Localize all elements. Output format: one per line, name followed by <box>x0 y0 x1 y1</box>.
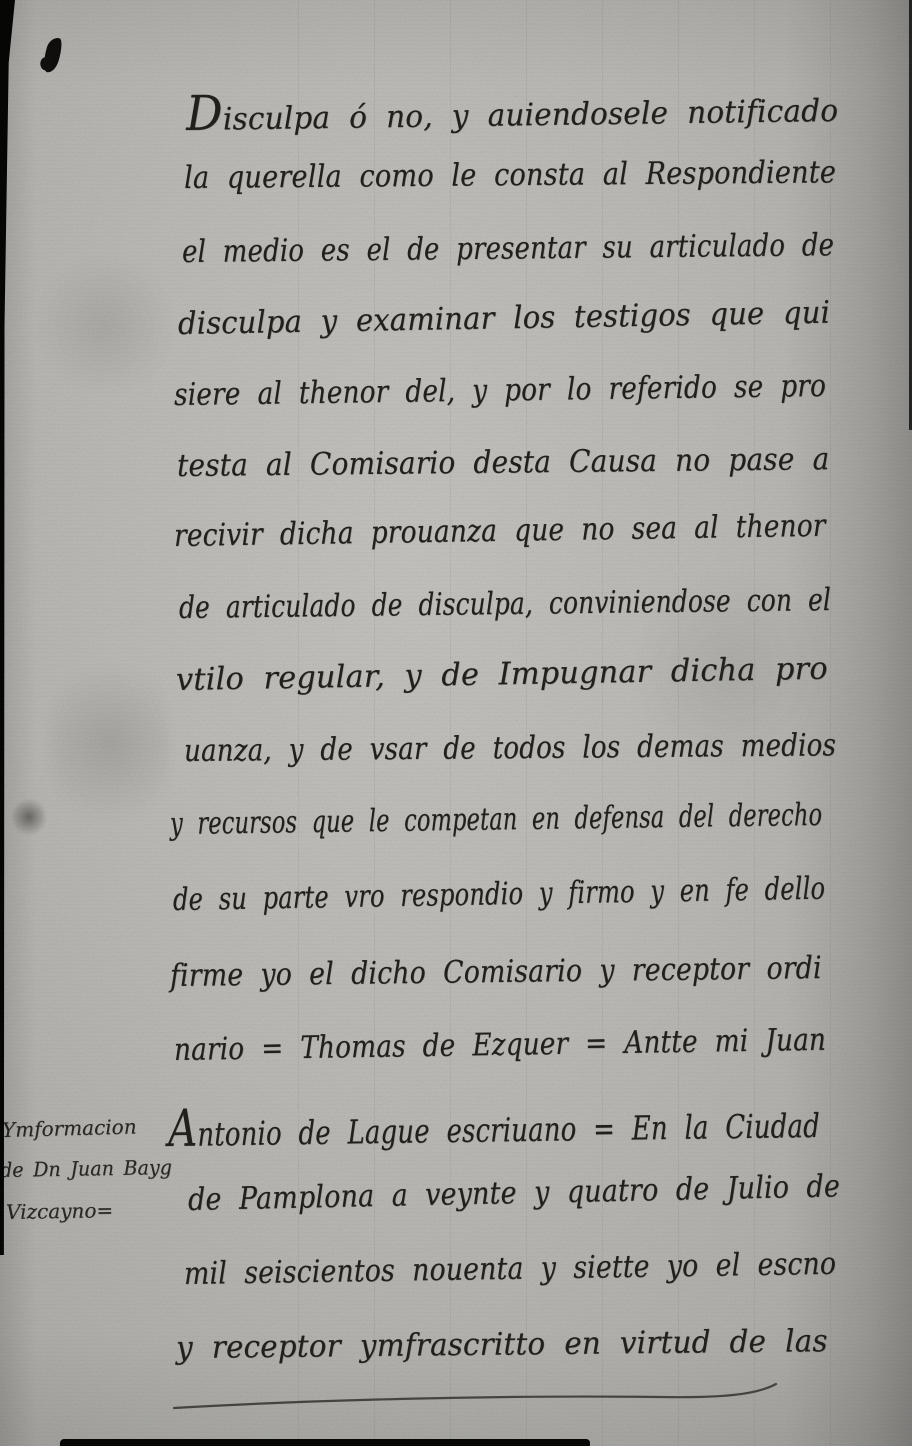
scan-noise-texture <box>0 0 912 1446</box>
manuscript-page: Disculpa ó no, y auiendosele notificado … <box>0 0 912 1446</box>
scan-edge-bottom <box>60 1439 590 1446</box>
